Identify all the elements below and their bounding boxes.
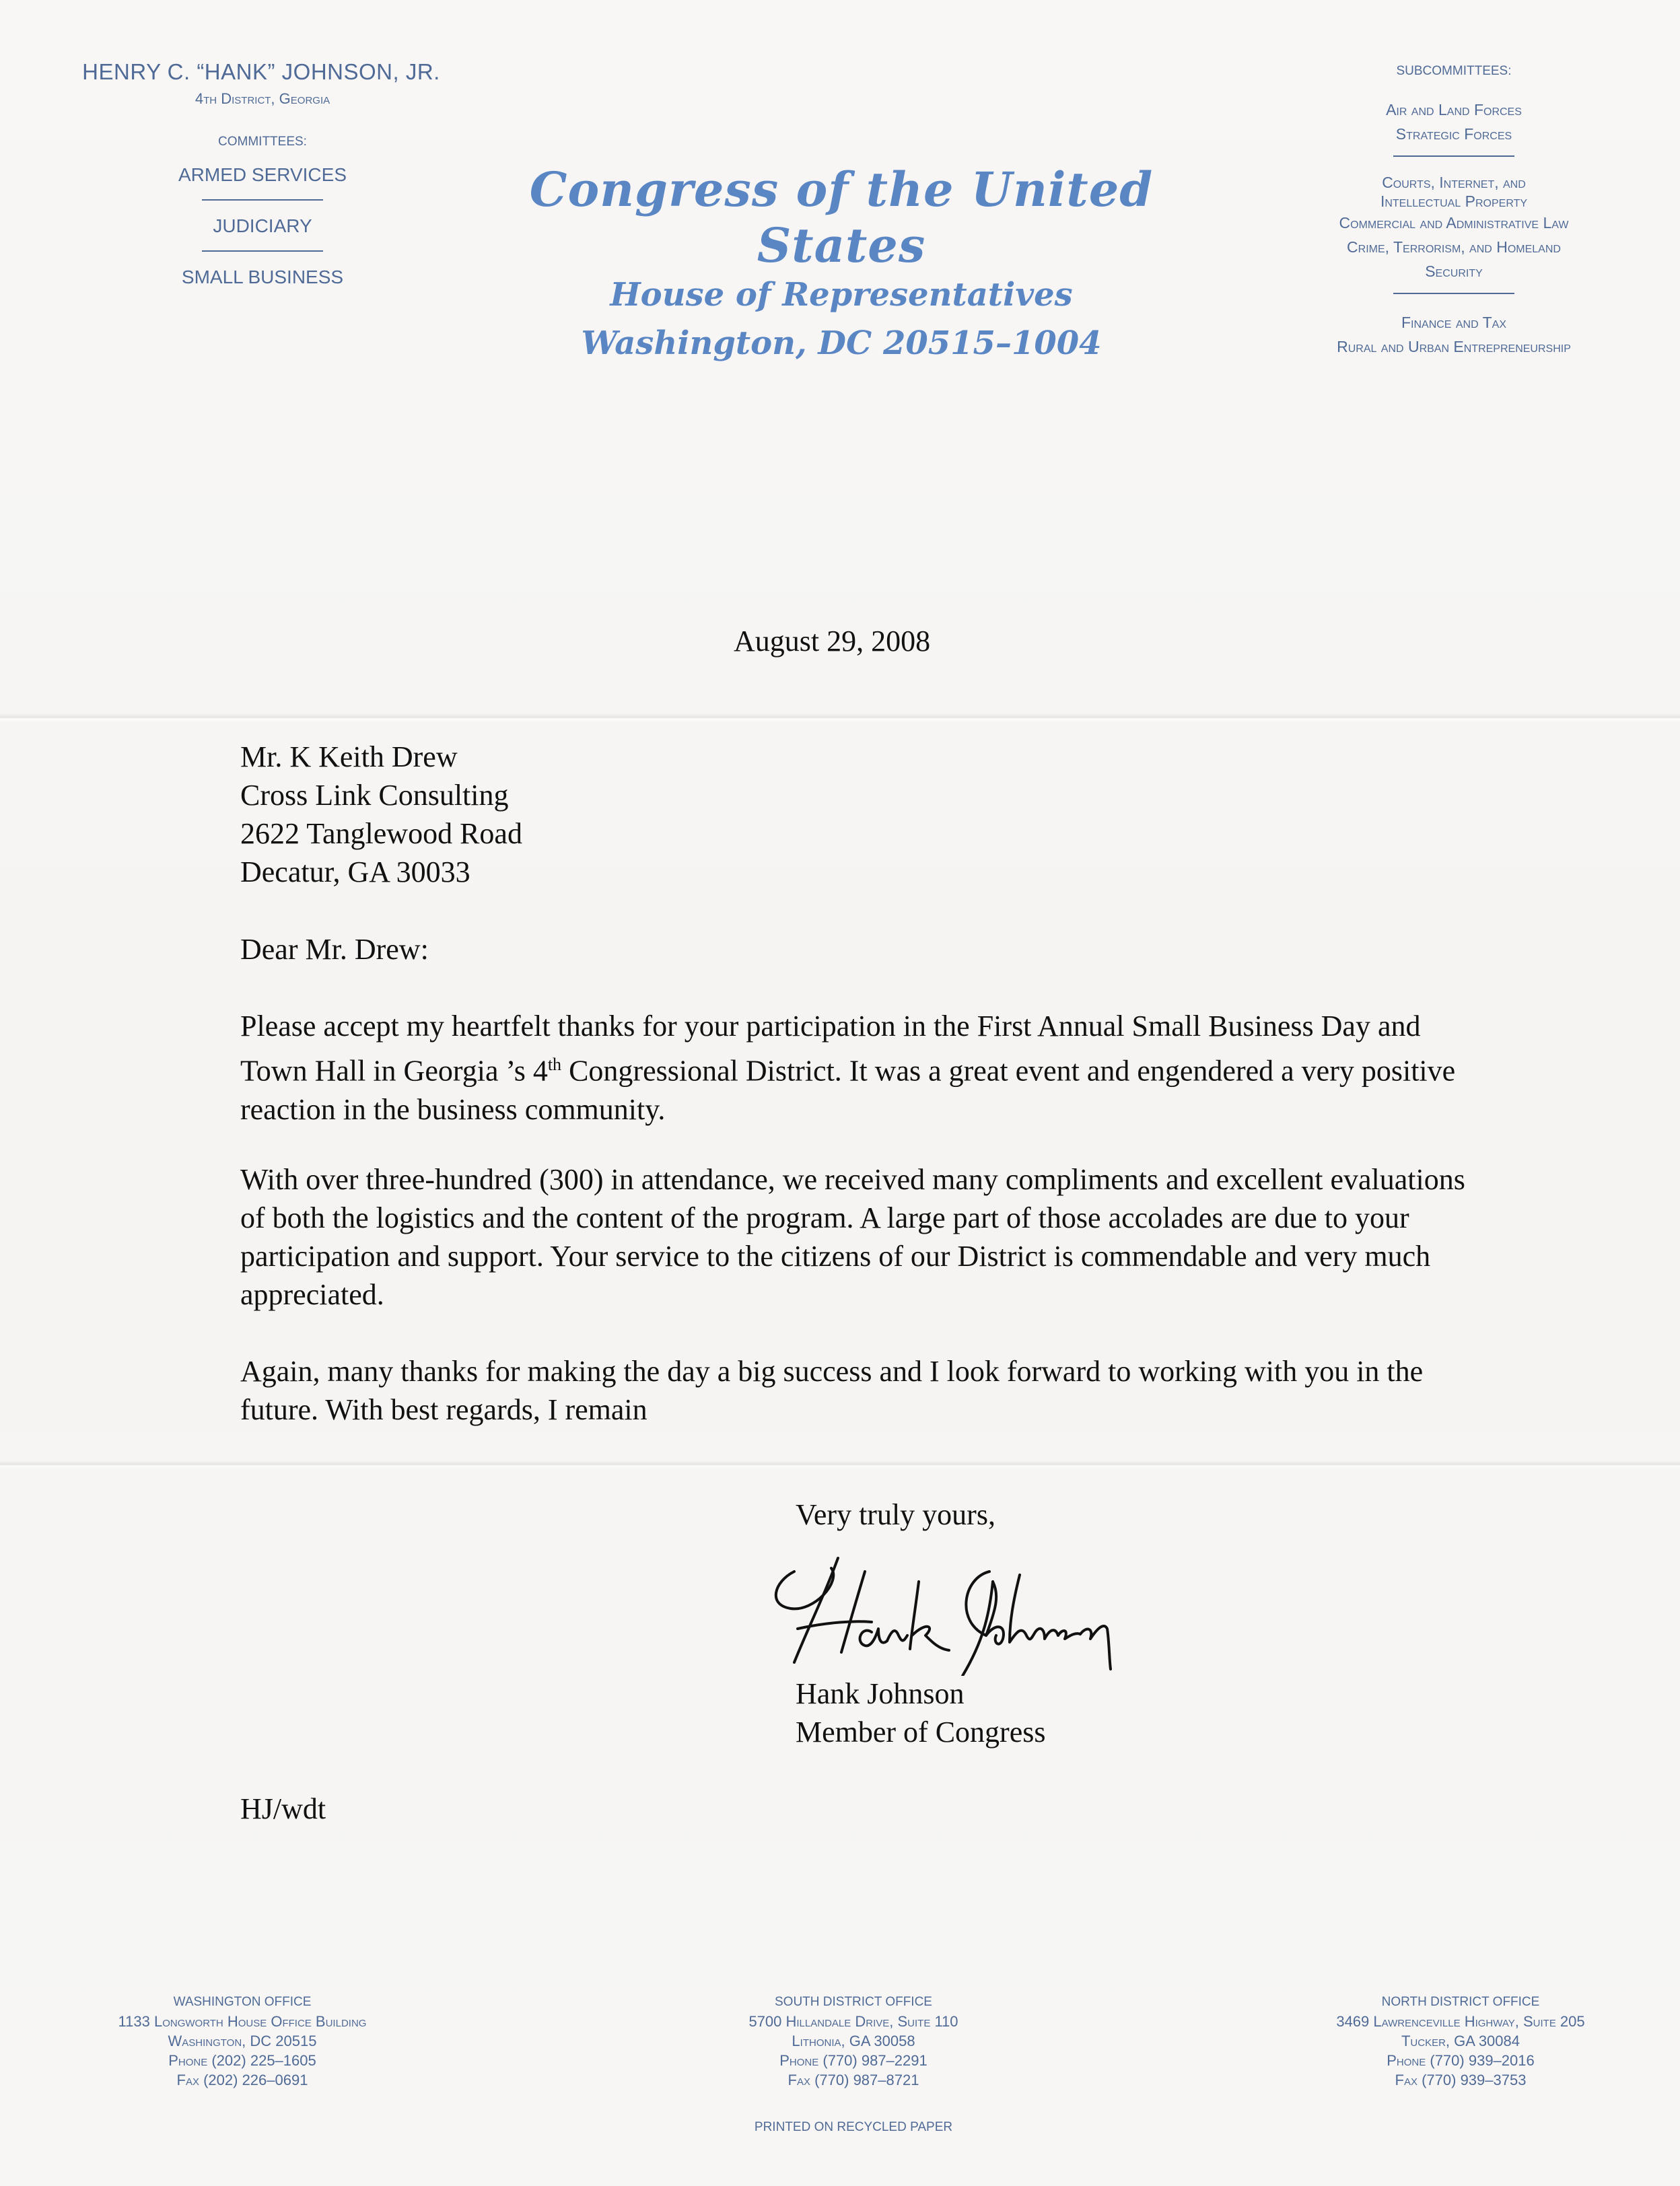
divider bbox=[1393, 293, 1514, 294]
divider bbox=[202, 250, 323, 252]
office-line: 5700 Hillandale Drive, Suite 110 bbox=[645, 2012, 1062, 2031]
office-title: WASHINGTON OFFICE bbox=[34, 1992, 451, 2012]
fold-crease bbox=[0, 1460, 1680, 1470]
body-paragraph: Please accept my heartfelt thanks for yo… bbox=[240, 1007, 1492, 1129]
signer-title: Member of Congress bbox=[796, 1713, 1046, 1751]
subcommittee-item: Rural and Urban Entrepreneurship bbox=[1265, 334, 1642, 359]
letterhead-address: Washington, DC 20515–1004 bbox=[471, 324, 1212, 362]
committee-item: JUDICIARY bbox=[67, 215, 458, 237]
body-paragraph: With over three-hundred (300) in attenda… bbox=[240, 1160, 1492, 1314]
recipient-line: 2622 Tanglewood Road bbox=[240, 814, 522, 853]
office-title: NORTH DISTRICT OFFICE bbox=[1252, 1992, 1669, 2012]
subcommittees-label: SUBCOMMITTEES: bbox=[1265, 64, 1642, 79]
office-line: Tucker, GA 30084 bbox=[1252, 2031, 1669, 2051]
signature-block: Hank Johnson Member of Congress bbox=[796, 1674, 1046, 1751]
signature-image bbox=[754, 1541, 1117, 1676]
reference-initials: HJ/wdt bbox=[240, 1792, 326, 1826]
footer-office: SOUTH DISTRICT OFFICE 5700 Hillandale Dr… bbox=[645, 1992, 1062, 2090]
letter-date: August 29, 2008 bbox=[734, 624, 930, 658]
office-phone: Phone (202) 225–1605 bbox=[34, 2051, 451, 2070]
office-line: Lithonia, GA 30058 bbox=[645, 2031, 1062, 2051]
recipient-line: Mr. K Keith Drew bbox=[240, 738, 522, 776]
salutation: Dear Mr. Drew: bbox=[240, 930, 429, 968]
subcommittee-item: Air and Land Forces bbox=[1265, 98, 1642, 122]
divider bbox=[202, 199, 323, 201]
office-title: SOUTH DISTRICT OFFICE bbox=[645, 1992, 1062, 2012]
letterhead-title-block: Congress of the United States House of R… bbox=[471, 162, 1212, 362]
letterhead-title: Congress of the United States bbox=[471, 162, 1212, 273]
member-district: 4th District, Georgia bbox=[67, 90, 458, 108]
footer-office: NORTH DISTRICT OFFICE 3469 Lawrenceville… bbox=[1252, 1992, 1669, 2090]
subcommittee-group: Air and Land Forces Strategic Forces bbox=[1265, 98, 1642, 146]
office-fax: Fax (770) 939–3753 bbox=[1252, 2070, 1669, 2090]
recycled-paper-note: PRINTED ON RECYCLED PAPER bbox=[645, 2120, 1062, 2135]
subcommittee-item: Finance and Tax bbox=[1265, 310, 1642, 334]
office-phone: Phone (770) 939–2016 bbox=[1252, 2051, 1669, 2070]
subcommittee-item: Crime, Terrorism, and Homeland bbox=[1265, 235, 1642, 259]
subcommittee-item: Commercial and Administrative Law bbox=[1265, 211, 1642, 235]
office-phone: Phone (770) 987–2291 bbox=[645, 2051, 1062, 2070]
letterhead-subtitle: House of Representatives bbox=[471, 276, 1212, 314]
subcommittee-group: Courts, Internet, and Intellectual Prope… bbox=[1265, 173, 1642, 283]
subcommittee-group: Finance and Tax Rural and Urban Entrepre… bbox=[1265, 310, 1642, 359]
subcommittee-item: Security bbox=[1265, 259, 1642, 283]
office-fax: Fax (202) 226–0691 bbox=[34, 2070, 451, 2090]
committee-item: ARMED SERVICES bbox=[67, 164, 458, 186]
recipient-line: Decatur, GA 30033 bbox=[240, 853, 522, 891]
recipient-line: Cross Link Consulting bbox=[240, 776, 522, 814]
divider bbox=[1393, 155, 1514, 157]
subcommittee-item: Strategic Forces bbox=[1265, 122, 1642, 146]
committees-label: COMMITTEES: bbox=[67, 135, 458, 149]
office-line: 3469 Lawrenceville Highway, Suite 205 bbox=[1252, 2012, 1669, 2031]
subcommittee-item: Courts, Internet, and bbox=[1265, 173, 1642, 192]
subcommittee-item: Intellectual Property bbox=[1265, 192, 1642, 211]
office-line: Washington, DC 20515 bbox=[34, 2031, 451, 2051]
office-fax: Fax (770) 987–8721 bbox=[645, 2070, 1062, 2090]
body-paragraph: Again, many thanks for making the day a … bbox=[240, 1352, 1492, 1429]
office-line: 1133 Longworth House Office Building bbox=[34, 2012, 451, 2031]
committee-item: SMALL BUSINESS bbox=[67, 267, 458, 288]
closing: Very truly yours, bbox=[796, 1497, 995, 1532]
letterhead-member-block: HENRY C. “HANK” JOHNSON, JR. 4th Distric… bbox=[67, 59, 458, 288]
ordinal-suffix: th bbox=[548, 1055, 561, 1074]
recipient-address: Mr. K Keith Drew Cross Link Consulting 2… bbox=[240, 738, 522, 891]
footer-office: WASHINGTON OFFICE 1133 Longworth House O… bbox=[34, 1992, 451, 2090]
fold-crease bbox=[0, 713, 1680, 723]
signer-name: Hank Johnson bbox=[796, 1674, 1046, 1713]
subcommittees-block: SUBCOMMITTEES: Air and Land Forces Strat… bbox=[1265, 64, 1642, 359]
member-name: HENRY C. “HANK” JOHNSON, JR. bbox=[65, 59, 458, 85]
